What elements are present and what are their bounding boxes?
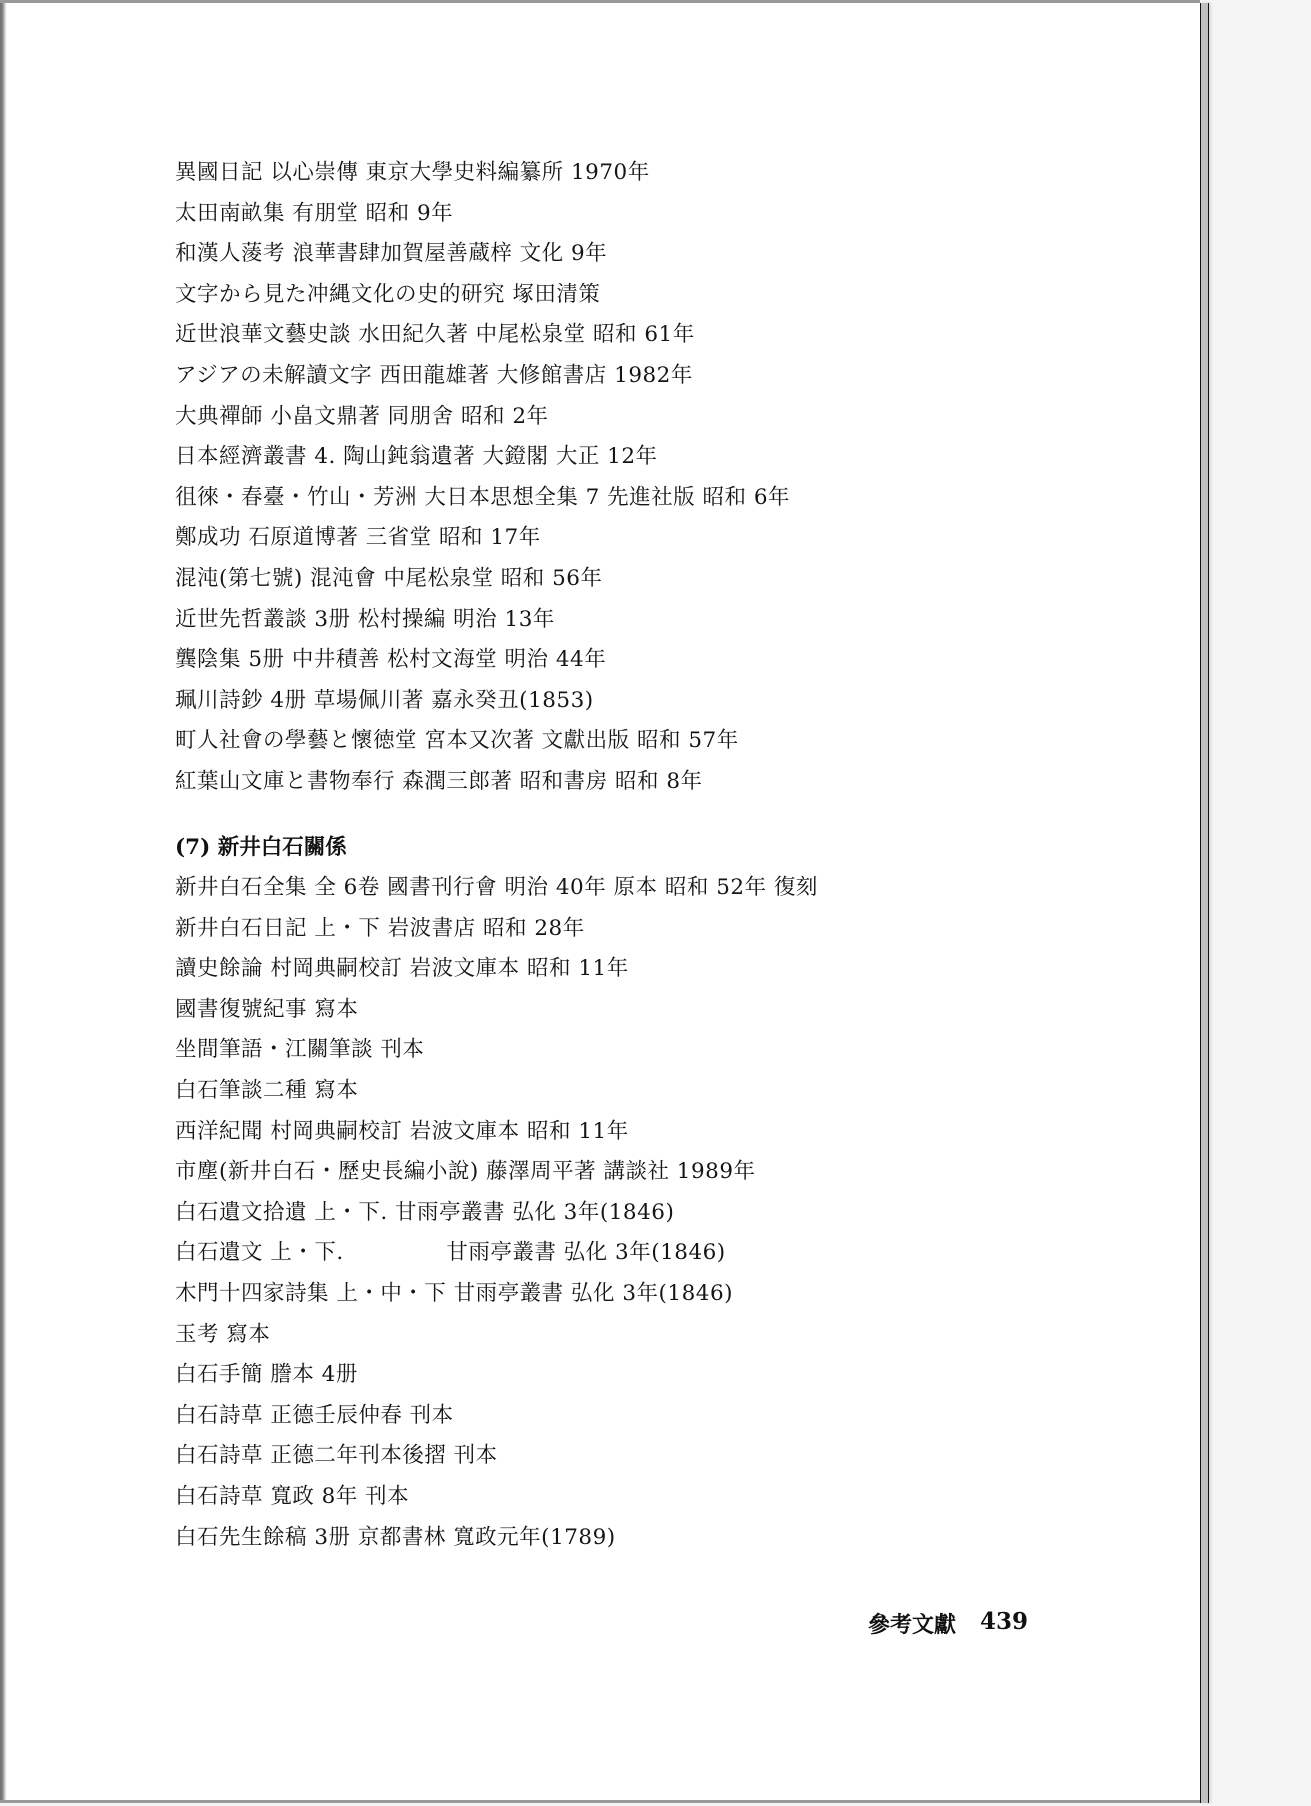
bibliography-entry: 大典禪師 小畠文鼎著 同朋舍 昭和 2年 bbox=[175, 397, 1075, 438]
bibliography-entry: 坐間筆語・江關筆談 刊本 bbox=[175, 1030, 1075, 1071]
bibliography-entry: 玉考 寫本 bbox=[175, 1315, 1075, 1356]
bibliography-entry: 讀史餘論 村岡典嗣校訂 岩波文庫本 昭和 11年 bbox=[175, 949, 1075, 990]
bibliography-entry: 白石遺文拾遺 上・下. 甘雨亭叢書 弘化 3年(1846) bbox=[175, 1193, 1075, 1234]
bibliography-entry: 徂徠・春臺・竹山・芳洲 大日本思想全集 7 先進社版 昭和 6年 bbox=[175, 478, 1075, 519]
bibliography-entry: 白石先生餘稿 3册 京都書林 寬政元年(1789) bbox=[175, 1518, 1075, 1559]
bibliography-entry: 龔陰集 5册 中井積善 松村文海堂 明治 44年 bbox=[175, 640, 1075, 681]
bibliography-entry: 紅葉山文庫と書物奉行 森潤三郎著 昭和書房 昭和 8年 bbox=[175, 762, 1075, 803]
bibliography-entry: 近世先哲叢談 3册 松村操編 明治 13年 bbox=[175, 600, 1075, 641]
bibliography-entry: 西洋紀聞 村岡典嗣校訂 岩波文庫本 昭和 11年 bbox=[175, 1112, 1075, 1153]
bibliography-entry: 白石手簡 謄本 4册 bbox=[175, 1355, 1075, 1396]
bibliography-entry: 近世浪華文藝史談 水田紀久著 中尾松泉堂 昭和 61年 bbox=[175, 315, 1075, 356]
bibliography-entry: 混沌(第七號) 混沌會 中尾松泉堂 昭和 56年 bbox=[175, 559, 1075, 600]
bibliography-entry: 國書復號紀事 寫本 bbox=[175, 990, 1075, 1031]
page-edge-bevel bbox=[1200, 3, 1209, 1803]
bibliography-entry: 太田南畝集 有朋堂 昭和 9年 bbox=[175, 194, 1075, 235]
page-number: 439 bbox=[980, 1608, 1028, 1639]
bibliography-entry: アジアの未解讀文字 西田龍雄著 大修館書店 1982年 bbox=[175, 356, 1075, 397]
bibliography-entry: 日本經濟叢書 4. 陶山鈍翁遺著 大鐙閣 大正 12年 bbox=[175, 437, 1075, 478]
bibliography-entry: 異國日記 以心崇傳 東京大學史料編纂所 1970年 bbox=[175, 153, 1075, 194]
bibliography-entry: 珮川詩鈔 4册 草場佩川著 嘉永癸丑(1853) bbox=[175, 681, 1075, 722]
bibliography-entry: 町人社會の學藝と懷徳堂 宮本又次著 文獻出版 昭和 57年 bbox=[175, 721, 1075, 762]
bibliography-entry: 白石筆談二種 寫本 bbox=[175, 1071, 1075, 1112]
bibliography-entry: 和漢人蔆考 浪華書肆加賀屋善蔵梓 文化 9年 bbox=[175, 234, 1075, 275]
document-viewer: 異國日記 以心崇傳 東京大學史料編纂所 1970年 太田南畝集 有朋堂 昭和 9… bbox=[0, 0, 1311, 1806]
bibliography-entry: 鄭成功 石原道博著 三省堂 昭和 17年 bbox=[175, 518, 1075, 559]
bibliography-list: 異國日記 以心崇傳 東京大學史料編纂所 1970年 太田南畝集 有朋堂 昭和 9… bbox=[175, 153, 1075, 1558]
bibliography-entry: 文字から見た冲縄文化の史的研究 塚田清策 bbox=[175, 275, 1075, 316]
section-heading: (7) 新井白石關係 bbox=[175, 828, 1075, 869]
bibliography-entry: 白石詩草 正德壬辰仲春 刊本 bbox=[175, 1396, 1075, 1437]
page-left-edge bbox=[0, 3, 7, 1800]
running-title: 參考文獻 bbox=[868, 1608, 956, 1639]
bibliography-entry: 白石詩草 寬政 8年 刊本 bbox=[175, 1477, 1075, 1518]
bibliography-entry: 新井白石日記 上・下 岩波書店 昭和 28年 bbox=[175, 909, 1075, 950]
bibliography-entry: 白石遺文 上・下. 甘雨亭叢書 弘化 3年(1846) bbox=[175, 1233, 1075, 1274]
bibliography-entry: 白石詩草 正德二年刊本後摺 刊本 bbox=[175, 1436, 1075, 1477]
bibliography-entry: 市塵(新井白石・歷史長編小說) 藤澤周平著 講談社 1989年 bbox=[175, 1152, 1075, 1193]
bibliography-entry: 新井白石全集 全 6卷 國書刊行會 明治 40年 原本 昭和 52年 復刻 bbox=[175, 868, 1075, 909]
book-page: 異國日記 以心崇傳 東京大學史料編纂所 1970年 太田南畝集 有朋堂 昭和 9… bbox=[0, 0, 1200, 1803]
page-footer: 參考文獻 439 bbox=[868, 1608, 1028, 1639]
bibliography-entry: 木門十四家詩集 上・中・下 甘雨亭叢書 弘化 3年(1846) bbox=[175, 1274, 1075, 1315]
section-spacer bbox=[175, 803, 1075, 828]
